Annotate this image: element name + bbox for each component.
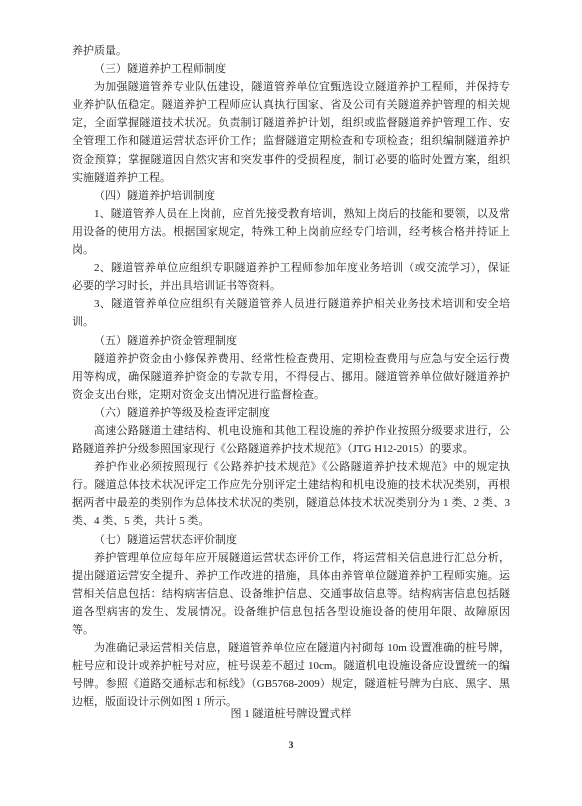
paragraph: 隧道养护资金由小修保养费用、经常性检查费用、定期检查费用与应急与安全运行费用等构… <box>72 350 510 404</box>
page-number: 3 <box>0 741 582 751</box>
paragraph: 养护管理单位应每年应开展隧道运营状态评价工作，将运营相关信息进行汇总分析，提出隧… <box>72 549 510 639</box>
paragraph: 为加强隧道管养专业队伍建设，隧道管养单位宜甄选设立隧道养护工程师，并保持专业养护… <box>72 78 510 187</box>
figure-placeholder <box>72 660 510 704</box>
figure-caption: 图 1 隧道桩号牌设置式样 <box>0 707 582 721</box>
section-heading-5: （五）隧道养护资金管理制度 <box>72 332 510 350</box>
section-heading-3: （三）隧道养护工程师制度 <box>72 60 510 78</box>
paragraph: 养护作业必须按照现行《公路养护技术规范》《公路隧道养护技术规范》中的规定执行。隧… <box>72 458 510 530</box>
paragraph-numbered-2: 2、隧道管养单位应组织专职隧道养护工程师参加年度业务培训（或交流学习），保证必要… <box>72 259 510 295</box>
paragraph-continuation: 养护质量。 <box>72 42 510 60</box>
paragraph-numbered-3: 3、隧道管养单位应组织有关隧道管养人员进行隧道养护相关业务技术培训和安全培训。 <box>72 295 510 331</box>
section-heading-7: （七）隧道运营状态评价制度 <box>72 531 510 549</box>
document-page: 养护质量。 （三）隧道养护工程师制度 为加强隧道管养专业队伍建设，隧道管养单位宜… <box>0 0 582 806</box>
section-heading-4: （四）隧道养护培训制度 <box>72 187 510 205</box>
section-heading-6: （六）隧道养护等级及检查评定制度 <box>72 404 510 422</box>
paragraph: 高速公路隧道土建结构、机电设施和其他工程设施的养护作业按照分级要求进行，公路隧道… <box>72 422 510 458</box>
document-body: 养护质量。 （三）隧道养护工程师制度 为加强隧道管养专业队伍建设，隧道管养单位宜… <box>72 42 510 711</box>
paragraph-numbered-1: 1、隧道管养人员在上岗前，应首先接受教育培训，熟知上岗后的技能和要领，以及常用设… <box>72 205 510 259</box>
